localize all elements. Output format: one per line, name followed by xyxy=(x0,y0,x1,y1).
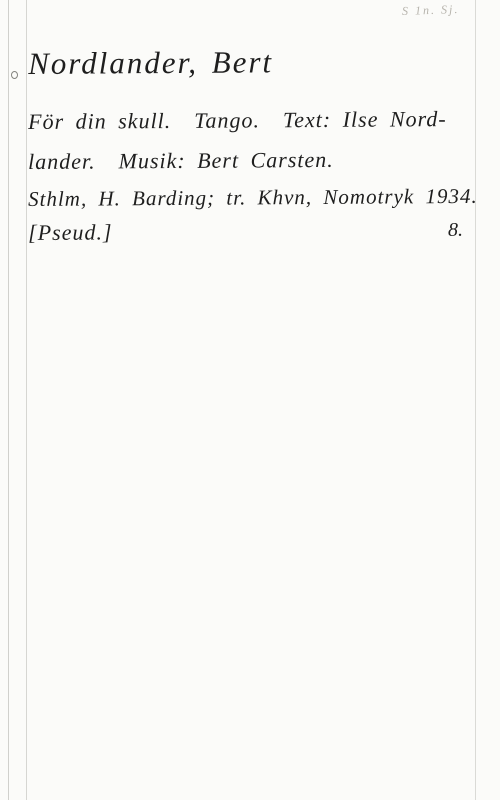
pencil-shelfmark-annotation: S 1n. Sj. xyxy=(402,2,460,19)
entry-title-line: För din skull. Tango. Text: Ilse Nord- xyxy=(28,106,447,135)
entry-pseudonym-note: [Pseud.] xyxy=(28,219,113,246)
card-left-margin-rule xyxy=(26,0,27,800)
scan-left-edge-line xyxy=(8,0,9,800)
entry-composer-line: lander. Musik: Bert Carsten. xyxy=(28,147,334,175)
card-heading-author: Nordlander, Bert xyxy=(28,44,273,82)
page-number: 8. xyxy=(448,219,463,242)
margin-circle-mark xyxy=(11,71,18,79)
catalog-card-scan: S 1n. Sj. Nordlander, Bert För din skull… xyxy=(0,0,500,800)
entry-imprint-line: Sthlm, H. Barding; tr. Khvn, Nomotryk 19… xyxy=(28,184,478,212)
card-right-edge-line xyxy=(475,0,476,800)
